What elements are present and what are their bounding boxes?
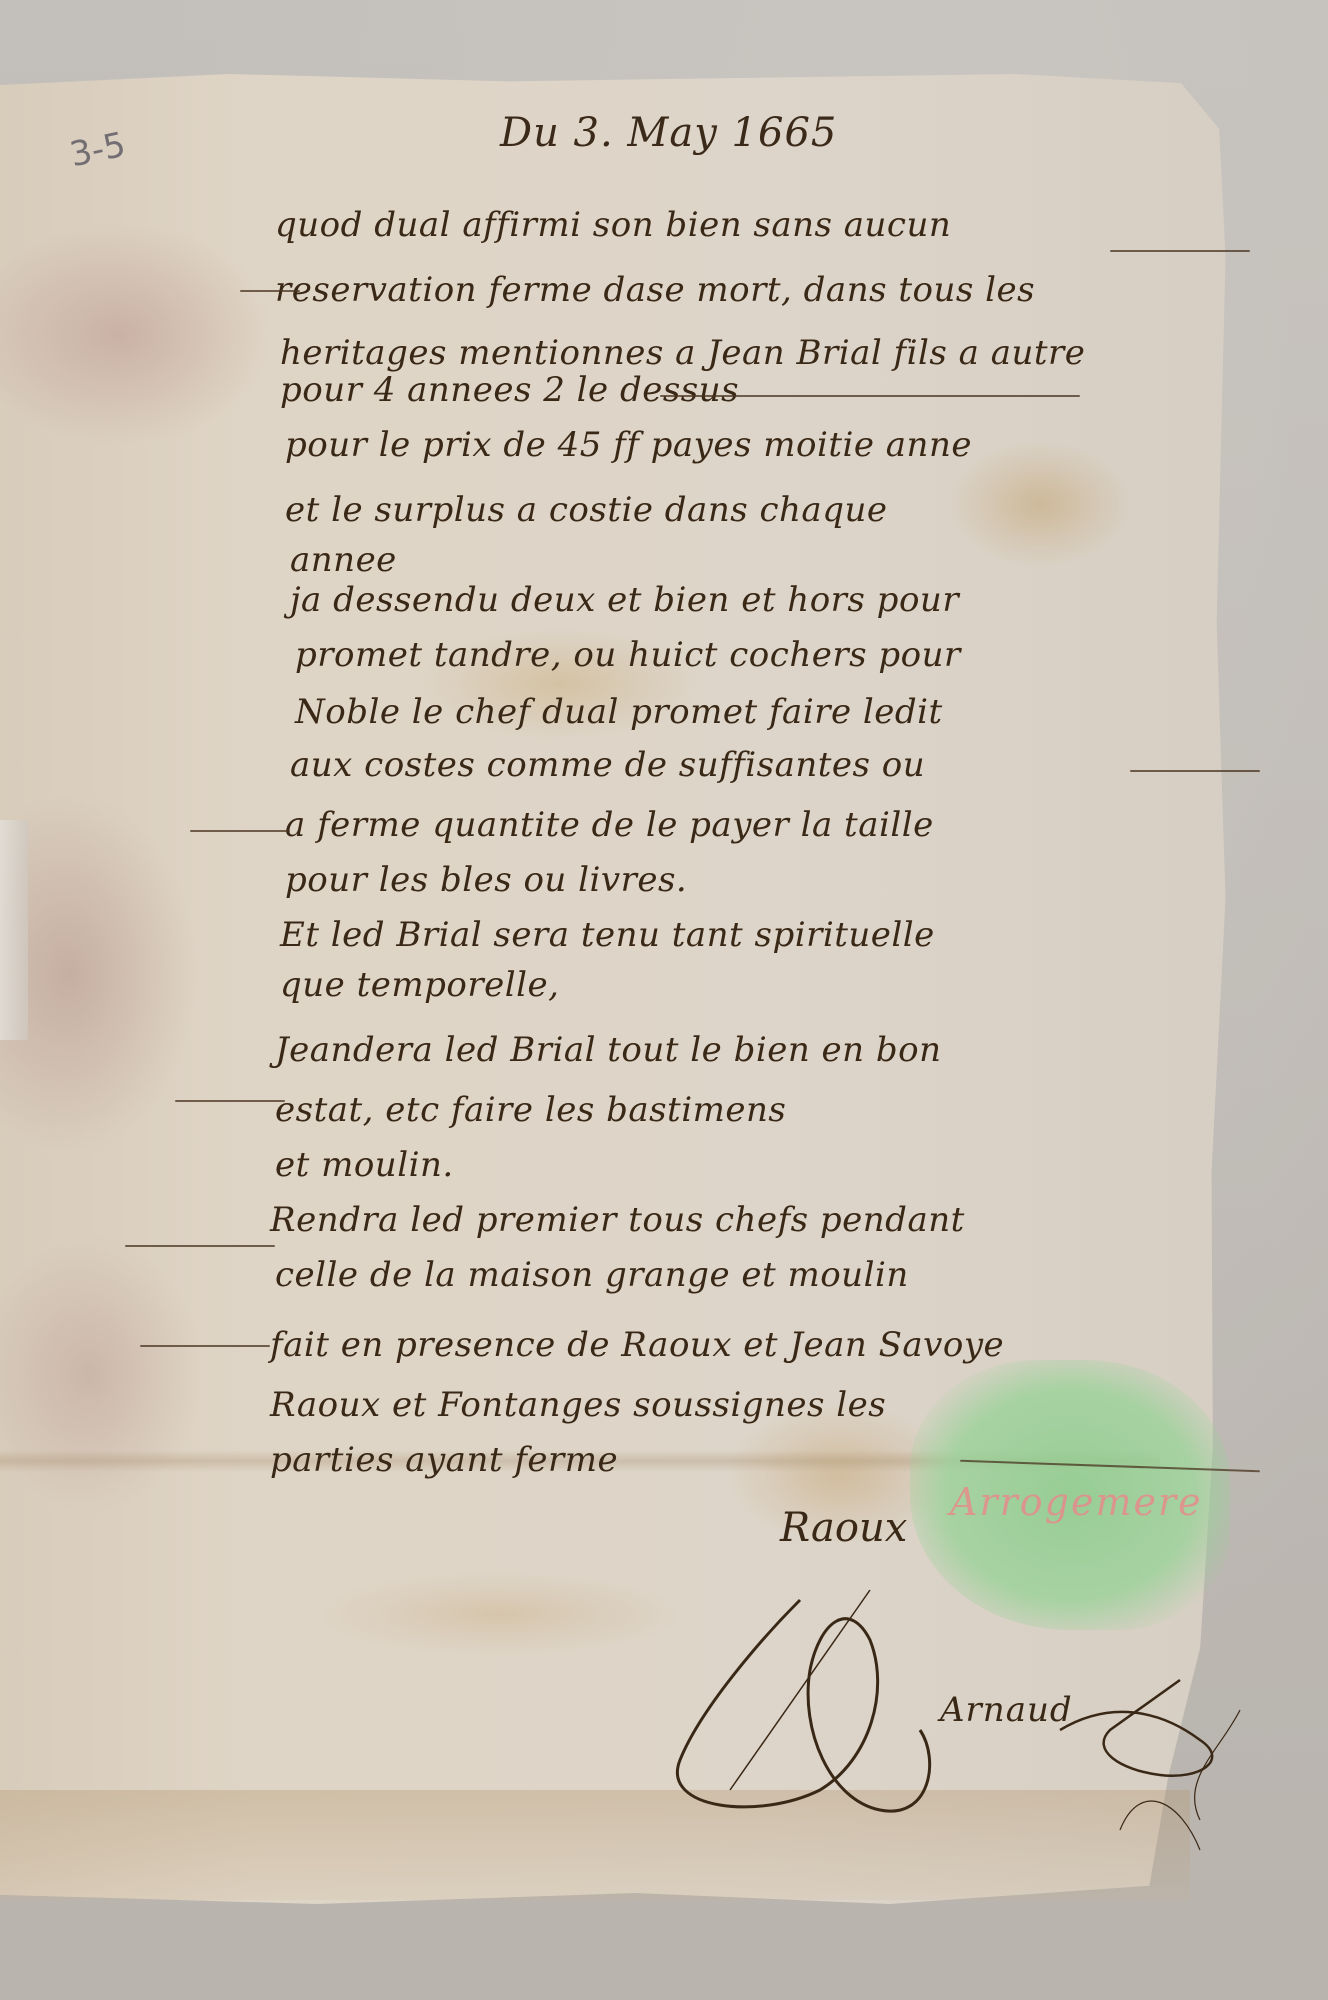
manuscript-line: promet tandre, ou huict cochers pour [295,635,961,675]
manuscript-line: Jeandera led Brial tout le bien en bon [275,1030,942,1070]
manuscript-line: aux costes comme de suffisantes ou [290,745,925,785]
manuscript-line: parties ayant ferme [270,1440,618,1480]
manuscript-line: pour 4 annees 2 le dessus [280,370,739,410]
manuscript-line: Noble le chef dual promet faire ledit [295,692,943,732]
margin-stroke [125,1245,275,1247]
margin-stroke [190,830,290,832]
manuscript-line: ja dessendu deux et bien et hors pour [290,580,959,620]
manuscript-line: Et led Brial sera tenu tant spirituelle [280,915,935,955]
manuscript-line: a ferme quantite de le payer la taille [285,805,934,845]
line-filler-stroke [1130,770,1260,772]
margin-stroke [175,1100,285,1102]
manuscript-line: Raoux et Fontanges soussignes les [270,1385,886,1425]
manuscript-line: heritages mentionnes a Jean Brial fils a… [280,333,1085,373]
manuscript-line: celle de la maison grange et moulin [275,1255,909,1295]
line-filler-stroke [1110,250,1250,252]
manuscript-line: et moulin. [275,1145,454,1185]
manuscript-line: reservation ferme dase mort, dans tous l… [275,270,1035,310]
margin-stroke [140,1345,270,1347]
manuscript-line: pour les bles ou livres. [285,860,687,900]
manuscript-line: que temporelle, [280,965,559,1005]
manuscript-line: et le surplus a costie dans chaque [285,490,887,530]
signature-raoux: Raoux [780,1505,907,1551]
manuscript-line: estat, etc faire les bastimens [275,1090,786,1130]
manuscript-line: quod dual affirmi son bien sans aucun [275,205,951,245]
margin-stroke [240,290,300,292]
manuscript-body: quod dual affirmi son bien sans aucun re… [0,0,1328,2000]
line-filler-stroke [660,395,1080,397]
manuscript-line: annee [290,540,397,580]
manuscript-line: pour le prix de 45 ff payes moitie anne [285,425,972,465]
manuscript-line: fait en presence de Raoux et Jean Savoye [270,1325,1004,1365]
signature-arnaud: Arnaud [940,1690,1073,1730]
manuscript-line: Rendra led premier tous chefs pendant [270,1200,965,1240]
